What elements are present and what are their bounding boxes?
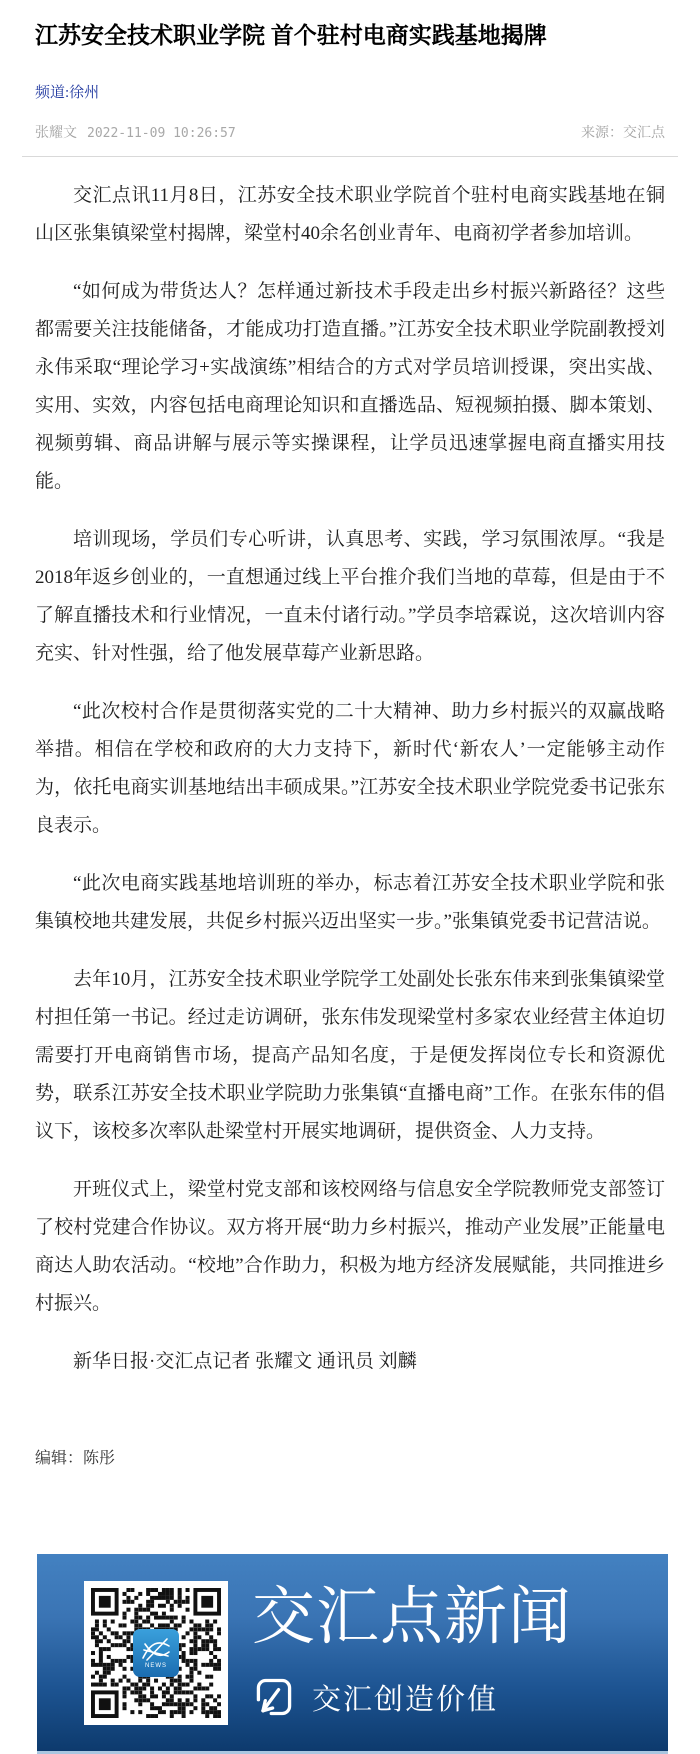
article-paragraph: “此次电商实践基地培训班的举办，标志着江苏安全技术职业学院和张集镇校地共建发展，… — [35, 865, 665, 941]
banner-text: 交汇点新闻 交汇创造价值 — [252, 1586, 572, 1719]
banner-title: 交汇点新闻 — [252, 1586, 572, 1649]
qr-code: NEWS — [84, 1581, 228, 1725]
channel-row: 频道:徐州 — [35, 81, 665, 102]
article-paragraph: 培训现场，学员们专心听讲，认真思考、实践，学习氛围浓厚。“我是2018年返乡创业… — [35, 521, 665, 673]
article-paragraph: 开班仪式上，梁堂村党支部和该校网络与信息安全学院教师党支部签订了校村党建合作协议… — [35, 1171, 665, 1323]
banner-tagline-row: 交汇创造价值 — [252, 1675, 572, 1719]
article-paragraph: 去年10月，江苏安全技术职业学院学工处副处长张东伟来到张集镇梁堂村担任第一书记。… — [35, 961, 665, 1151]
footer-banner[interactable]: NEWS 交汇点新闻 交汇创造价值 — [37, 1554, 668, 1754]
source-label: 来源：交汇点 — [581, 122, 665, 142]
channel-link[interactable]: 频道:徐州 — [35, 85, 99, 101]
article-body: 交汇点讯11月8日，江苏安全技术职业学院首个驻村电商实践基地在铜山区张集镇梁堂村… — [35, 177, 665, 1381]
cursor-arrow-icon — [252, 1675, 296, 1719]
author-name: 张耀文 — [35, 122, 77, 142]
publish-time: 2022-11-09 10:26:57 — [87, 126, 236, 141]
meta-row: 张耀文 2022-11-09 10:26:57 来源：交汇点 — [35, 122, 665, 142]
article-paragraph: “此次校村合作是贯彻落实党的二十大精神、助力乡村振兴的双赢战略举措。相信在学校和… — [35, 693, 665, 845]
header-divider — [22, 156, 678, 157]
article-page: 江苏安全技术职业学院 首个驻村电商实践基地揭牌 频道:徐州 张耀文 2022-1… — [0, 0, 700, 1754]
crossing-ribbons-icon — [141, 1636, 171, 1662]
news-logo-text: NEWS — [145, 1663, 167, 1669]
article-paragraph: “如何成为带货达人？怎样通过新技术手段走出乡村振兴新路径？这些都需要关注技能储备… — [35, 273, 665, 501]
article-title: 江苏安全技术职业学院 首个驻村电商实践基地揭牌 — [35, 20, 665, 51]
article-paragraph: 交汇点讯11月8日，江苏安全技术职业学院首个驻村电商实践基地在铜山区张集镇梁堂村… — [35, 177, 665, 253]
meta-left: 张耀文 2022-11-09 10:26:57 — [35, 122, 236, 142]
article-paragraph: 新华日报·交汇点记者 张耀文 通讯员 刘麟 — [35, 1343, 665, 1381]
editor-line: 编辑：陈彤 — [35, 1445, 665, 1468]
banner-tagline: 交汇创造价值 — [312, 1677, 498, 1718]
news-app-logo: NEWS — [133, 1629, 179, 1677]
